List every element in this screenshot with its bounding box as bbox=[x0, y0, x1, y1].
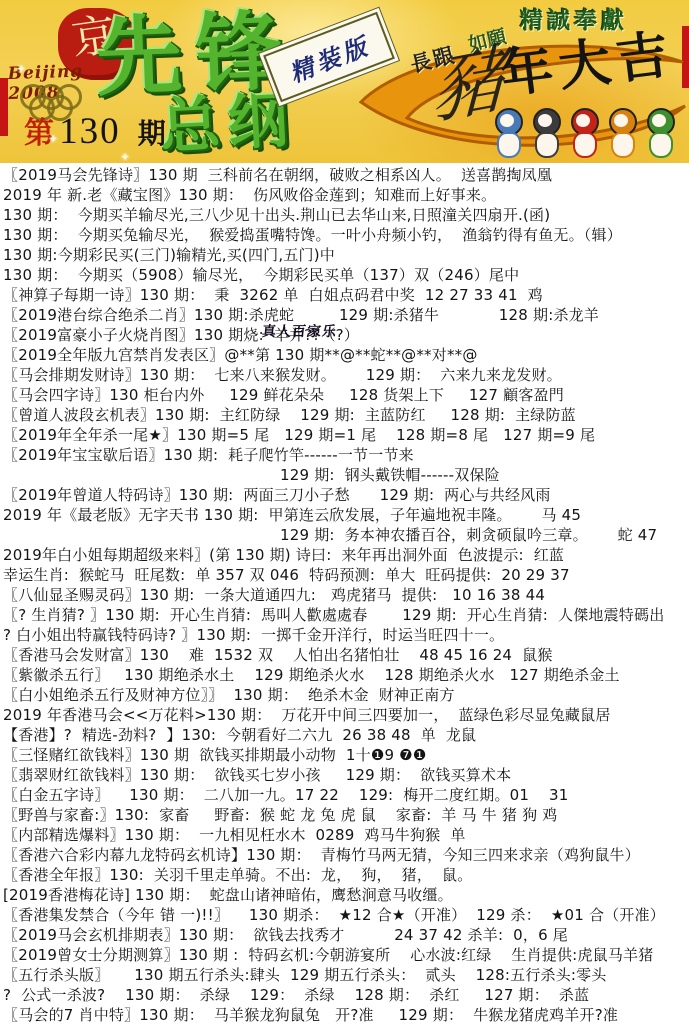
text-line: ? 白小姐出特赢钱特码诗? 〗130 期: 一掷千金开洋行，时运当旺四十一。 bbox=[0, 625, 689, 645]
text-line: 130 期:今期彩民买(三门)输精光,买(四门,五门)中 bbox=[0, 245, 689, 265]
text-line: 〖白金五字诗〗 130 期： 二八加一九。17 22 129: 梅开二度红期。0… bbox=[0, 785, 689, 805]
text-line: 〖香港集发禁合（今年 错 一)!!〗 130 期杀： ★12 合★（开准） 12… bbox=[0, 905, 689, 925]
text-line: 2019 年 新.老《藏宝图》130 期： 伤风败俗金莲到；知难而上好事来。 bbox=[0, 185, 689, 205]
text-line: 〖2019马会玄机排期表〗130 期： 欲钱去找秀才 24 37 42 杀羊: … bbox=[0, 925, 689, 945]
fuwa-nini-icon bbox=[644, 108, 674, 158]
text-line: 〖马会排期发财诗〗130 期： 七来八来猴发财。 129 期： 六来九来龙发财。 bbox=[0, 365, 689, 385]
sparkle-icon: ✦ bbox=[120, 150, 130, 163]
issue-number-line: 第 130 期 bbox=[24, 108, 166, 153]
text-line: 〖2019年全年杀一尾★〗130 期=5 尾 129 期=1 尾 128 期=8… bbox=[0, 425, 689, 445]
text-line: 〖曾道人波段玄机表〗130 期: 主红防绿 129 期: 主蓝防红 128 期:… bbox=[0, 405, 689, 425]
text-line: 〖香港六合彩内幕九龙特码玄机诗】130 期： 青梅竹马两无猜，今知三四来求亲（鸡… bbox=[0, 845, 689, 865]
left-edge-accent bbox=[0, 78, 8, 136]
text-line: 2019 年香港马会<<万花料>130 期： 万花开中间三四要加一， 蓝绿色彩尽… bbox=[0, 705, 689, 725]
deluxe-edition-badge-label: 精装版 bbox=[284, 26, 375, 89]
text-line: 2019年白小姐每期超级来料〗(第 130 期) 诗曰: 来年再出洞外面 色波提… bbox=[0, 545, 689, 565]
fuwa-yingying-icon bbox=[606, 108, 636, 158]
text-line: 【香港】? 精选-劲料? 】130: 今朝看好二六九 26 38 48 单 龙鼠 bbox=[0, 725, 689, 745]
text-line: 〖野兽与家畜:〗130: 家畜 野畜: 猴 蛇 龙 兔 虎 鼠 家畜: 羊 马 … bbox=[0, 805, 689, 825]
sparkle-icon: ✦ bbox=[16, 62, 26, 76]
tips-content: 〖2019马会先锋诗〗130 期 三科前名在朝纲，破败之相系凶人。 送喜鹊掏凤凰… bbox=[0, 165, 689, 1025]
text-line: 幸运生肖: 猴蛇马 旺尾数: 单 357 双 046 特码预测: 单大 旺码提供… bbox=[0, 565, 689, 585]
watermark-text: 真人百家乐 bbox=[261, 321, 338, 341]
text-line: 129 期: 务本神农播百谷，刺贪硕鼠吟三章。 蛇 47 bbox=[0, 525, 689, 545]
text-line: 〖? 生肖猜? 〗130 期: 开心生肖猜: 馬叫人歡處處春 129 期: 开心… bbox=[0, 605, 689, 625]
text-line: 130 期： 今期买羊输尽光,三八少见十出头.荆山已去华山来,日照潼关四扇开.(… bbox=[0, 205, 689, 225]
text-line: 〖2019全年版九宫禁肖发表区〗@**第 130 期**@**蛇**@**对**… bbox=[0, 345, 689, 365]
text-line: 〖2019港台综合绝杀二肖〗130 期:杀虎蛇 129 期:杀猪牛 128 期:… bbox=[0, 305, 689, 325]
text-line: 130 期： 今期买（5908）输尽光， 今期彩民买单（137）双（246）尾中 bbox=[0, 265, 689, 285]
fuwa-jingjing-icon bbox=[530, 108, 560, 158]
text-line: 〖神算子每期一诗〗130 期： 秉 3262 单 白姐点码君中奖 12 27 3… bbox=[0, 285, 689, 305]
text-line: 2019 年《最老版》无字天书 130 期: 甲第连云欣发展，子年遍地祝丰隆。 … bbox=[0, 505, 689, 525]
text-line: 〖2019马会先锋诗〗130 期 三科前名在朝纲，破败之相系凶人。 送喜鹊掏凤凰 bbox=[0, 165, 689, 185]
text-line: ? 公式一杀波? 130 期： 杀绿 129： 杀绿 128 期： 杀红 127… bbox=[0, 985, 689, 1005]
right-edge-accent bbox=[682, 26, 689, 88]
issue-suffix: 期 bbox=[138, 117, 166, 150]
text-line: [2019香港梅花诗] 130 期： 蛇盘山诸神暗佑，鹰愁涧意马收缰。 bbox=[0, 885, 689, 905]
text-line: 〖内部精选爆料〗130 期： 一九相见枉水木 0289 鸡马牛狗猴 单 bbox=[0, 825, 689, 845]
text-line: 〖香港马会发财富〗130 难 1532 双 人怕出名猪怕壮 48 45 16 2… bbox=[0, 645, 689, 665]
masthead-title-sub: 总纲 bbox=[159, 90, 298, 157]
text-line: 〖八仙显圣赐灵码〗130 期: 一条大道通四九: 鸡虎猪马 提供: 10 16 … bbox=[0, 585, 689, 605]
text-line: 〖马会的7 肖中特〗130 期： 马羊猴龙狗鼠兔 开?准 129 期： 牛猴龙猪… bbox=[0, 1005, 689, 1025]
text-line: 〖香港全年报〗130: 关羽千里走单骑。不出: 龙， 狗， 猪， 鼠。 bbox=[0, 865, 689, 885]
masthead: 京 Beijing 2008 先锋 总纲 第 130 期 精装版 精誠奉獻 如願… bbox=[0, 0, 689, 163]
text-line: 〖2019富豪小子火烧肖图〗130 期烧: 羊并??（?） bbox=[0, 325, 689, 345]
text-line: 〖2019年曾道人特码诗〗130 期: 两面三刀小子愁 129 期: 两心与共经… bbox=[0, 485, 689, 505]
fuwa-mascots-row bbox=[492, 108, 674, 160]
text-line: 〖白小姐绝杀五行及财神方位〗〗 130 期： 绝杀木金 财神正南方 bbox=[0, 685, 689, 705]
text-line: 〖2019年宝宝歇后语〗130 期: 耗子爬竹竿------一节一节来 bbox=[0, 445, 689, 465]
text-line: 〖马会四字诗〗130 柜台内外 129 鲜花朵朵 128 货架上下 127 顧客… bbox=[0, 385, 689, 405]
text-line: 〖三怪赌红欲钱料〗130 期 欲钱买排期最小动物 1十❶9 ❼❶ bbox=[0, 745, 689, 765]
text-line: 130 期： 今期买兔输尽光， 猴爱捣蛋嘴特馋。一叶小舟频小钓， 渔翁钓得有鱼无… bbox=[0, 225, 689, 245]
text-line: 129 期: 钢头戴铁帽------双保险 bbox=[0, 465, 689, 485]
text-line: 〖2019曾女士分期测算〗130 期 : 特码玄机:今朝游宴所 心水波:红绿 生… bbox=[0, 945, 689, 965]
text-line: 〖翡翠财红欲钱料〗130 期： 欲钱买七岁小孩 129 期： 欲钱买算术本 bbox=[0, 765, 689, 785]
text-line: 〖五行杀头版〗 130 期五行杀头:肆头 129 期五行杀头： 贰头 128:五… bbox=[0, 965, 689, 985]
fuwa-beibei-icon bbox=[492, 108, 522, 158]
sparkle-icon: ✦ bbox=[48, 132, 58, 146]
fuwa-huanhuan-icon bbox=[568, 108, 598, 158]
text-line: 〖紫徽杀五行〗 130 期绝杀水土 129 期绝杀火水 128 期绝杀火水 12… bbox=[0, 665, 689, 685]
issue-number: 130 bbox=[59, 111, 121, 152]
